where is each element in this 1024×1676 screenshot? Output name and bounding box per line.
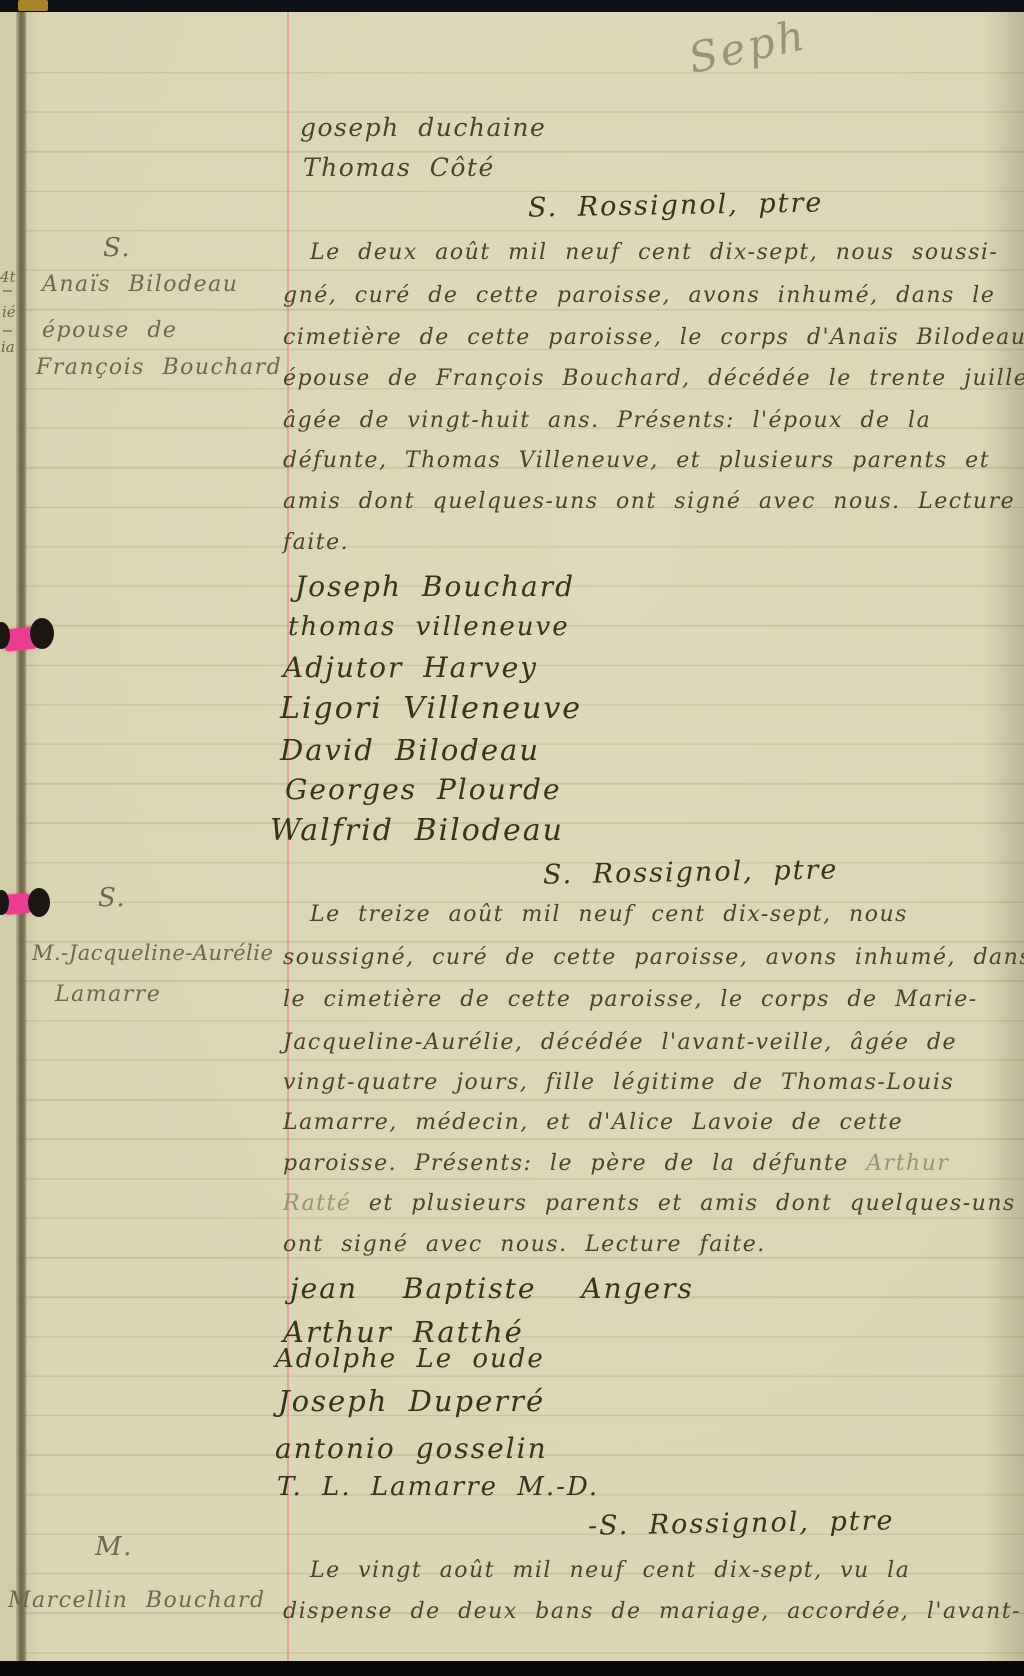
priest-signature: -S. Rossignol, ptre — [588, 1505, 895, 1541]
signature: David Bilodeau — [280, 733, 540, 767]
margin-name: Marcellin Bouchard — [8, 1588, 266, 1613]
body-text: défunte, Thomas Villeneuve, et plusieurs… — [283, 448, 990, 473]
margin-abbr: S. — [98, 883, 126, 913]
signature: Adjutor Harvey — [283, 651, 538, 684]
gutter-shadow — [16, 12, 27, 1662]
body-text: ont signé avec nous. Lecture faite. — [283, 1232, 766, 1257]
signature: Georges Plourde — [285, 773, 562, 806]
entry-body-line: amis dont quelques-uns ont signé avec no… — [283, 489, 1015, 514]
punch-hole — [30, 618, 54, 649]
body-text: amis dont quelques-uns ont signé avec no… — [283, 489, 1015, 514]
entry-body-line: soussigné, curé de cette paroisse, avons… — [283, 945, 1024, 970]
signature: Joseph Bouchard — [295, 570, 575, 603]
margin-abbr: S. — [103, 233, 131, 263]
body-text: cimetière de cette paroisse, le corps d'… — [283, 325, 1024, 350]
entry-body-line: cimetière de cette paroisse, le corps d'… — [283, 325, 1024, 350]
entry-body-line: Le treize août mil neuf cent dix-sept, n… — [310, 902, 908, 927]
body-text: Le vingt août mil neuf cent dix-sept, vu… — [310, 1558, 910, 1583]
entry-body-line: Le vingt août mil neuf cent dix-sept, vu… — [310, 1558, 910, 1583]
witness-name: goseph duchaine — [300, 113, 546, 142]
body-text: gné, curé de cette paroisse, avons inhum… — [283, 283, 995, 308]
bottom-edge-band — [0, 1661, 1024, 1676]
signature: Walfrid Bilodeau — [270, 813, 564, 848]
entry-body-line: dispense de deux bans de mariage, accord… — [283, 1599, 1021, 1624]
edge-fragment: 4t — [0, 268, 16, 286]
edge-fragment: ia — [1, 338, 15, 356]
entry-body-line: épouse de François Bouchard, décédée le … — [283, 366, 1024, 391]
entry-body-line: Lamarre, médecin, et d'Alice Lavoie de c… — [283, 1110, 903, 1135]
margin-name: François Bouchard — [36, 355, 282, 380]
entry-body-line: Ratté et plusieurs parents et amis dont … — [283, 1191, 1016, 1216]
margin-name: M.-Jacqueline-Aurélie — [32, 941, 273, 965]
body-text: épouse de François Bouchard, décédée le … — [283, 366, 1024, 391]
body-text: dispense de deux bans de mariage, accord… — [283, 1599, 1021, 1624]
body-text: le cimetière de cette paroisse, le corps… — [283, 987, 978, 1012]
signature: Joseph Duperré — [278, 1384, 545, 1418]
body-text: âgée de vingt-huit ans. Présents: l'épou… — [283, 408, 931, 433]
body-text: soussigné, curé de cette paroisse, avons… — [283, 945, 1024, 970]
body-text: paroisse. Présents: le père de la défunt… — [283, 1151, 866, 1176]
previous-page-edge — [0, 12, 17, 1662]
body-text: Le treize août mil neuf cent dix-sept, n… — [310, 902, 908, 927]
entry-body-line: âgée de vingt-huit ans. Présents: l'épou… — [283, 408, 931, 433]
margin-name: Anaïs Bilodeau — [42, 272, 238, 297]
edge-fragment: ié — [2, 303, 16, 321]
priest-signature: S. Rossignol, ptre — [543, 854, 839, 890]
margin-name: Lamarre — [55, 982, 161, 1007]
body-text: Le deux août mil neuf cent dix-sept, nou… — [310, 240, 998, 265]
entry-body-line: faite. — [283, 530, 349, 555]
body-text: faite. — [283, 530, 349, 555]
signature: T. L. Lamarre M.-D. — [277, 1472, 599, 1502]
entry-body-line: Jacqueline-Aurélie, décédée l'avant-veil… — [283, 1030, 957, 1055]
body-text: vingt-quatre jours, fille légitime de Th… — [283, 1070, 954, 1095]
entry-body-line: gné, curé de cette paroisse, avons inhum… — [283, 283, 995, 308]
pencil-correction: Arthur — [866, 1151, 949, 1176]
witness-name: Thomas Côté — [303, 153, 495, 182]
signature: Adolphe Le oude — [275, 1344, 545, 1374]
entry-body-line: Le deux août mil neuf cent dix-sept, nou… — [310, 240, 998, 265]
entry-body-line: ont signé avec nous. Lecture faite. — [283, 1232, 766, 1257]
body-text: et plusieurs parents et amis dont quelqu… — [369, 1191, 1016, 1216]
margin-name: épouse de — [42, 318, 177, 343]
entry-body-line: le cimetière de cette paroisse, le corps… — [283, 987, 978, 1012]
edge-mark — [3, 290, 12, 292]
entry-body-line: défunte, Thomas Villeneuve, et plusieurs… — [283, 448, 990, 473]
signature: antonio gosselin — [275, 1432, 548, 1465]
signature: jean Baptiste Angers — [290, 1272, 694, 1305]
binding-clip — [18, 0, 48, 11]
priest-signature: S. Rossignol, ptre — [528, 187, 824, 223]
edge-mark — [3, 330, 12, 332]
punch-hole — [28, 888, 50, 917]
body-text: Jacqueline-Aurélie, décédée l'avant-veil… — [283, 1030, 957, 1055]
entry-body-line: paroisse. Présents: le père de la défunt… — [283, 1151, 949, 1176]
pencil-correction: Ratté — [283, 1191, 369, 1216]
margin-abbr: M. — [95, 1532, 133, 1562]
body-text: Lamarre, médecin, et d'Alice Lavoie de c… — [283, 1110, 903, 1135]
signature: Ligori Villeneuve — [280, 691, 582, 726]
entry-body-line: vingt-quatre jours, fille légitime de Th… — [283, 1070, 954, 1095]
signature: thomas villeneuve — [288, 612, 570, 642]
